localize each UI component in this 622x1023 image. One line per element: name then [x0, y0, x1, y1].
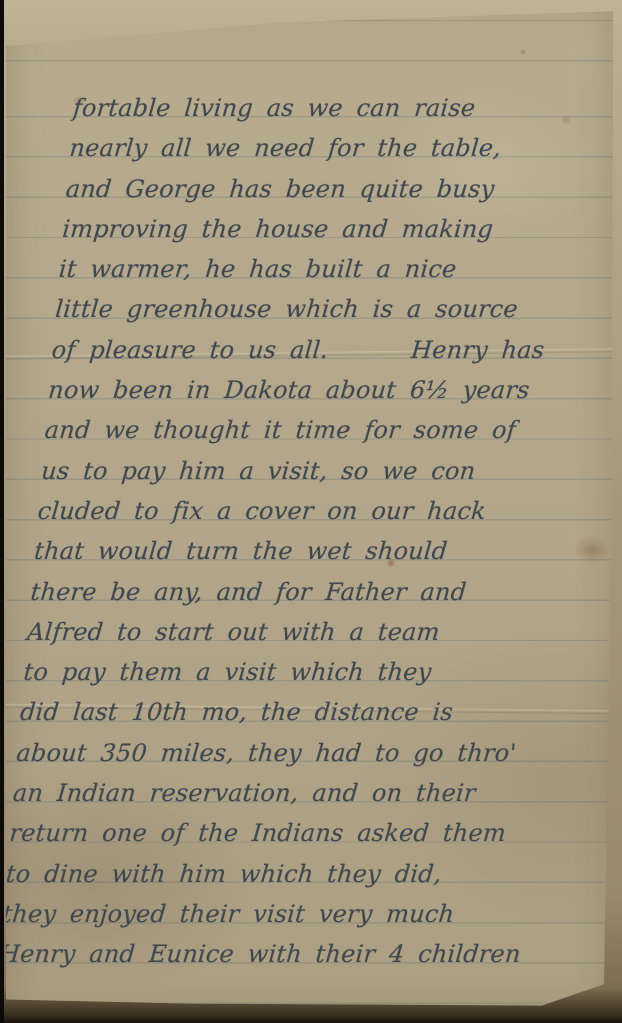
- letter-line: little greenhouse which is a source: [54, 289, 622, 329]
- letter-line: to pay them a visit which they: [22, 652, 595, 692]
- letter-line: did last 10th mo, the distance is: [18, 692, 591, 732]
- letter-line: return one of the Indians asked them: [8, 813, 581, 853]
- letter-line: they enjoyed their visit very much: [1, 894, 574, 934]
- letter-line: nearly all we need for the table,: [68, 128, 622, 168]
- letter-line: cluded to fix a cover on our hack: [36, 491, 609, 531]
- letter-line: Alfred to start out with a team: [25, 612, 598, 652]
- letter-line: Henry and Eunice with their 4 children: [0, 934, 570, 974]
- letter-line: improving the house and making: [61, 209, 622, 249]
- letter-line: an Indian reservation, and on their: [11, 773, 584, 813]
- letter-line: that would turn the wet should: [32, 531, 605, 571]
- letter-line: there be any, and for Father and: [29, 572, 602, 612]
- letter-line: us to pay him a visit, so we con: [40, 451, 613, 491]
- letter-line: to dine with him which they did,: [4, 854, 577, 894]
- letter-line: and we thought it time for some of: [43, 410, 616, 450]
- letter-line: of pleasure to us all. Henry has: [50, 330, 622, 370]
- letter-photo: fortable living as we can raise nearly a…: [0, 0, 622, 1023]
- letter-line: fortable living as we can raise: [71, 88, 622, 128]
- letter-page: fortable living as we can raise nearly a…: [6, 0, 615, 1023]
- letter-line: and George has been quite busy: [64, 169, 622, 209]
- handwriting-block: fortable living as we can raise nearly a…: [0, 88, 622, 975]
- letter-line: about 350 miles, they had to go thro': [15, 733, 588, 773]
- letter-line: it warmer, he has built a nice: [57, 249, 622, 289]
- letter-line: now been in Dakota about 6½ years: [47, 370, 620, 410]
